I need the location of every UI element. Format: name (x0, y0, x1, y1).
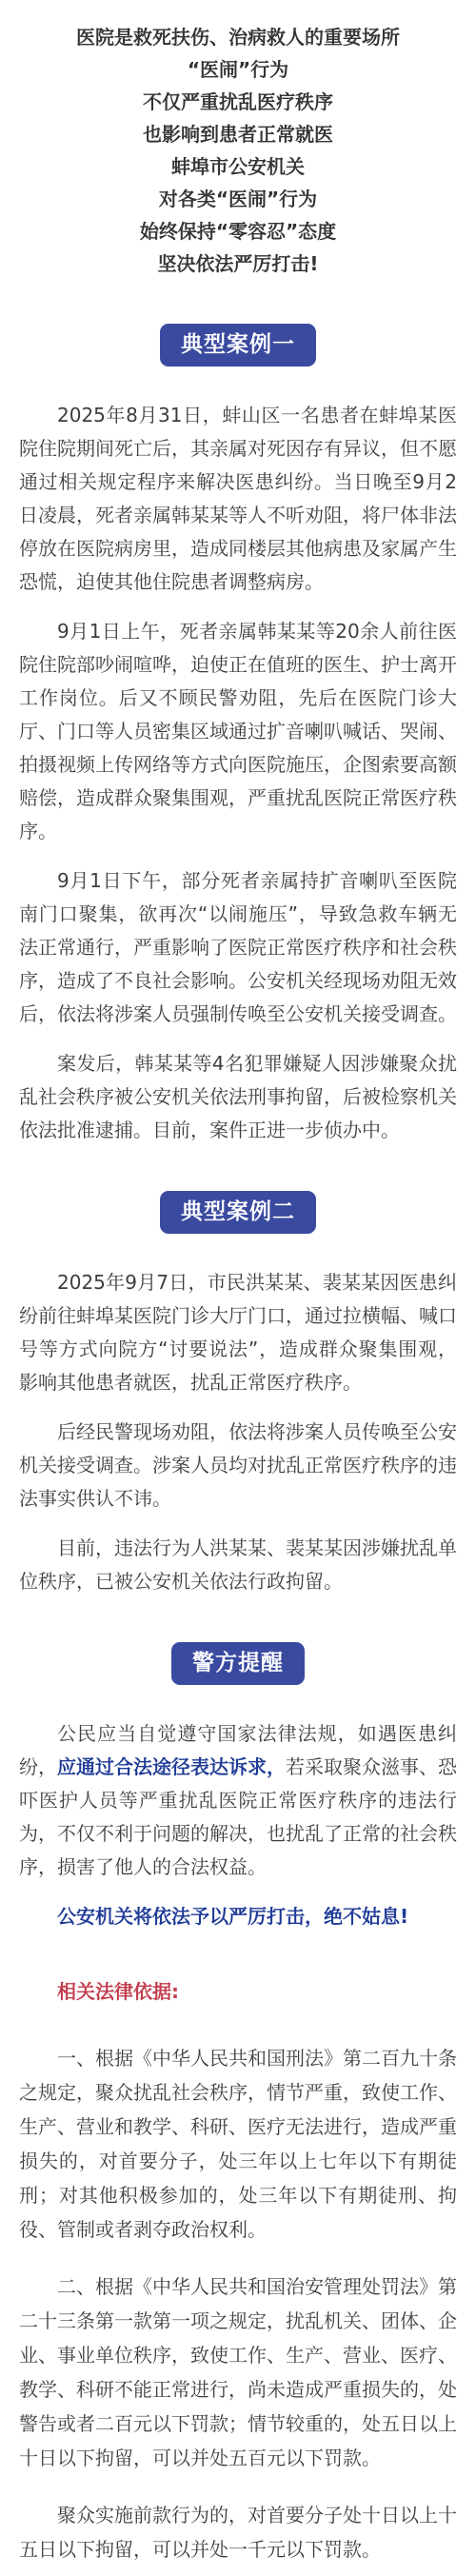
case2-content: 2025年9月7日，市民洪某某、裴某某因医患纠纷前往蚌埠某医院门诊大厅门口，通过… (0, 1266, 476, 1598)
legal-basis-heading: 相关法律依据: (19, 1975, 457, 2009)
intro-line-3: 不仅严重扰乱医疗秩序 (0, 86, 476, 118)
intro-line-8: 坚决依法严厉打击! (0, 248, 476, 280)
intro-line-4: 也影响到患者正常就医 (0, 118, 476, 150)
case1-badge-row: 典型案例一 (0, 324, 476, 367)
case2-badge-row: 典型案例二 (0, 1191, 476, 1234)
case1-badge: 典型案例一 (160, 324, 316, 367)
case2-paragraph-2: 后经民警现场劝阻，依法将涉案人员传唤至公安机关接受调查。涉案人员均对扰乱正常医疗… (19, 1416, 457, 1516)
intro-line-7: 始终保持“零容忍”态度 (0, 215, 476, 248)
intro-line-5: 蚌埠市公安机关 (0, 150, 476, 183)
intro-line-1: 医院是救死扶伤、治病救人的重要场所 (0, 21, 476, 53)
case1-paragraph-4: 案发后，韩某某等4名犯罪嫌疑人因涉嫌聚众扰乱社会秩序被公安机关依法刑事拘留，后被… (19, 1047, 457, 1147)
police-reminder-badge-row: 警方提醒 (0, 1642, 476, 1685)
reminder-paragraph: 公民应当自觉遵守国家法律法规，如遇医患纠纷，应通过合法途径表达诉求，若采取聚众滋… (19, 1717, 457, 1884)
case2-paragraph-1: 2025年9月7日，市民洪某某、裴某某因医患纠纷前往蚌埠某医院门诊大厅门口，通过… (19, 1266, 457, 1399)
legal-paragraph-1: 一、根据《中华人民共和国刑法》第二百九十条之规定，聚众扰乱社会秩序，情节严重，致… (19, 2041, 457, 2247)
intro-line-6: 对各类“医闹”行为 (0, 183, 476, 215)
intro-block: 医院是救死扶伤、治病救人的重要场所 “医闹”行为 不仅严重扰乱医疗秩序 也影响到… (0, 0, 476, 280)
intro-line-2: “医闹”行为 (0, 53, 476, 86)
reminder-text-highlight: 应通过合法途径表达诉求， (57, 1755, 286, 1778)
reminder-statement: 公安机关将依法予以严厉打击，绝不姑息! (19, 1900, 457, 1933)
police-reminder-content: 公民应当自觉遵守国家法律法规，如遇医患纠纷，应通过合法途径表达诉求，若采取聚众滋… (0, 1717, 476, 2566)
case1-content: 2025年8月31日，蚌山区一名患者在蚌埠某医院住院期间死亡后，其亲属对死因存有… (0, 399, 476, 1147)
case1-paragraph-3: 9月1日下午，部分死者亲属持扩音喇叭至医院南门口聚集，欲再次“以闹施压”，导致急… (19, 864, 457, 1031)
article-page: 医院是救死扶伤、治病救人的重要场所 “医闹”行为 不仅严重扰乱医疗秩序 也影响到… (0, 0, 476, 2576)
case1-paragraph-1: 2025年8月31日，蚌山区一名患者在蚌埠某医院住院期间死亡后，其亲属对死因存有… (19, 399, 457, 599)
case2-badge: 典型案例二 (160, 1191, 316, 1234)
legal-paragraph-2: 二、根据《中华人民共和国治安管理处罚法》第二十三条第一款第一项之规定，扰乱机关、… (19, 2269, 457, 2475)
case2-paragraph-3: 目前，违法行为人洪某某、裴某某因涉嫌扰乱单位秩序，已被公安机关依法行政拘留。 (19, 1532, 457, 1598)
police-reminder-badge: 警方提醒 (171, 1642, 305, 1685)
case1-paragraph-2: 9月1日上午，死者亲属韩某某等20余人前往医院住院部吵闹喧哗，迫使正在值班的医生… (19, 615, 457, 848)
legal-paragraph-3: 聚众实施前款行为的，对首要分子处十日以上十五日以下拘留，可以并处一千元以下罚款。 (19, 2498, 457, 2566)
